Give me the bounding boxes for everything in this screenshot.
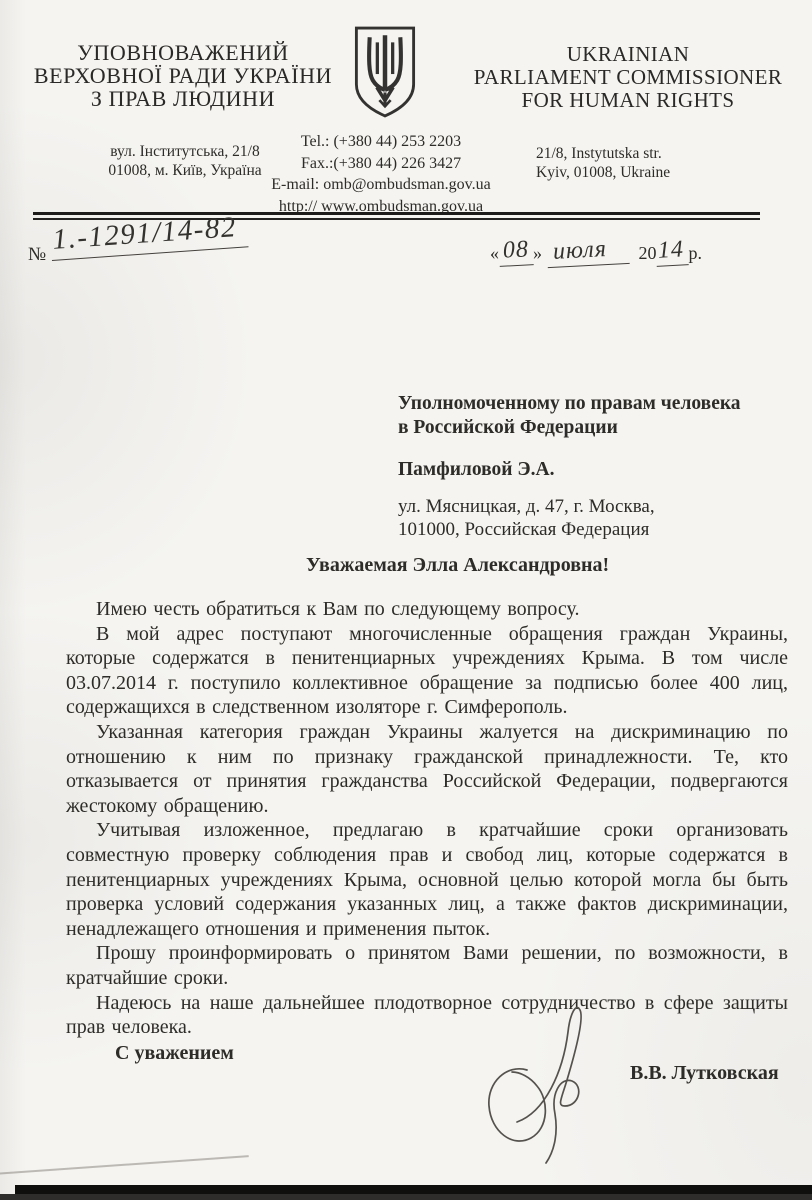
org-title-en-line2: PARLIAMENT COMMISSIONER: [458, 66, 798, 89]
paper-crease-line: [0, 1155, 249, 1174]
date-line: «08» июля2014р.: [490, 239, 702, 268]
body-paragraph: В мой адрес поступают многочисленные обр…: [66, 622, 788, 720]
org-title-english: UKRAINIAN PARLIAMENT COMMISSIONER FOR HU…: [458, 43, 798, 112]
recipient-address: ул. Мясницкая, д. 47, г. Москва, 101000,…: [398, 495, 768, 541]
body-paragraph: Надеюсь на наше дальнейшее плодотворное …: [66, 991, 788, 1040]
address-uk-line2: 01008, м. Київ, Україна: [96, 162, 274, 181]
org-title-ukrainian: УПОВНОВАЖЕНИЙ ВЕРХОВНОЇ РАДИ УКРАЇНИ З П…: [28, 41, 338, 110]
date-day-handwritten: 08: [498, 236, 533, 267]
recipient-line2: в Российской Федерации: [398, 416, 768, 440]
body-paragraph: Имею честь обратиться к Вам по следующем…: [66, 597, 788, 622]
address-ukrainian: вул. Інститутська, 21/8 01008, м. Київ, …: [96, 143, 274, 180]
date-year-handwritten: 14: [656, 236, 689, 267]
org-title-uk-line1: УПОВНОВАЖЕНИЙ: [28, 41, 338, 64]
address-en-line2: Kyiv, 01008, Ukraine: [536, 164, 706, 183]
recipient-name: Памфиловой Э.А.: [398, 458, 768, 482]
scanned-letter-page: УПОВНОВАЖЕНИЙ ВЕРХОВНОЇ РАДИ УКРАЇНИ З П…: [0, 0, 812, 1200]
handwritten-signature: [473, 1000, 651, 1173]
address-en-line1: 21/8, Instytutska str.: [536, 145, 706, 164]
signer-name: В.В. Лутковская: [630, 1062, 779, 1085]
address-uk-line1: вул. Інститутська, 21/8: [96, 143, 274, 162]
contact-email: E-mail: omb@ombudsman.gov.ua: [270, 174, 492, 196]
recipient-line1: Уполномоченному по правам человека: [398, 392, 768, 416]
recipient-address-line2: 101000, Российская Федерация: [398, 518, 768, 541]
contact-fax: Fax.:(+380 44) 226 3427: [270, 153, 492, 175]
valediction: С уважением: [115, 1042, 234, 1065]
scanner-edge-shadow: [0, 1194, 812, 1200]
date-year-suffix: р.: [688, 243, 702, 263]
reference-number-label: №: [28, 244, 46, 266]
date-close-quote: »: [533, 243, 542, 263]
body-paragraph: Учитывая изложенное, предлагаю в кратчай…: [66, 818, 788, 941]
body-paragraph: Указанная категория граждан Украины жалу…: [66, 720, 788, 818]
recipient-block: Уполномоченному по правам человека в Рос…: [398, 392, 768, 541]
date-year-printed: 20: [638, 243, 656, 263]
recipient-address-line1: ул. Мясницкая, д. 47, г. Москва,: [398, 495, 768, 518]
org-title-uk-line3: З ПРАВ ЛЮДИНИ: [28, 87, 338, 110]
trident-emblem-icon: [352, 25, 418, 124]
letter-body: Имею честь обратиться к Вам по следующем…: [66, 597, 788, 1040]
org-title-uk-line2: ВЕРХОВНОЇ РАДИ УКРАЇНИ: [28, 64, 338, 87]
scanner-edge-bar: [15, 1185, 812, 1194]
contact-tel: Tel.: (+380 44) 253 2203: [270, 131, 492, 153]
org-title-en-line1: UKRAINIAN: [458, 43, 798, 66]
body-paragraph: Прошу проинформировать о принятом Вами р…: [66, 941, 788, 990]
address-english: 21/8, Instytutska str. Kyiv, 01008, Ukra…: [536, 145, 706, 182]
date-open-quote: «: [490, 243, 499, 263]
org-title-en-line3: FOR HUMAN RIGHTS: [458, 89, 798, 112]
contact-block: Tel.: (+380 44) 253 2203 Fax.:(+380 44) …: [270, 131, 492, 217]
salutation: Уважаемая Элла Александровна!: [306, 554, 609, 577]
date-month-handwritten: июля: [546, 235, 629, 268]
